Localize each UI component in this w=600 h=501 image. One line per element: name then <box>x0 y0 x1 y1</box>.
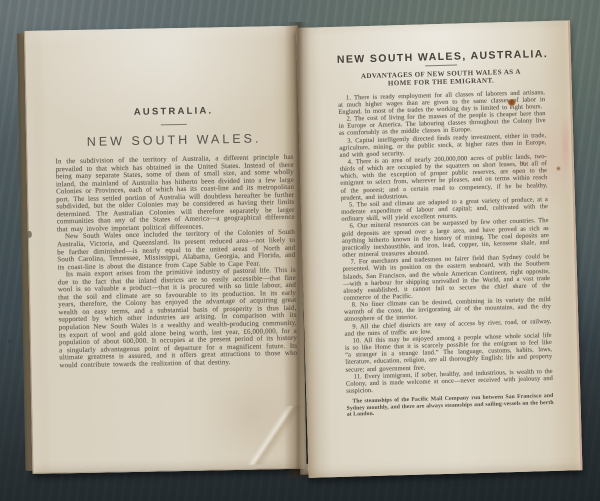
paragraph: In the subdivision of the territory of A… <box>55 154 294 234</box>
left-page-content: AUSTRALIA. NEW SOUTH WALES. In the subdi… <box>54 104 297 370</box>
book-gutter-shadow <box>284 22 310 478</box>
paragraph: New South Wales once included the territ… <box>57 229 296 271</box>
paragraph: Its main export arises from the primitiv… <box>58 267 298 370</box>
right-page-content: NEW SOUTH WALES, AUSTRALIA. ADVANTAGES O… <box>337 48 554 419</box>
divider-rule <box>161 124 187 125</box>
burn-stain <box>508 99 516 106</box>
right-page-body: 1. There is ready employment for all cla… <box>338 89 553 395</box>
page-edge-chip <box>27 231 32 238</box>
left-page-body: In the subdivision of the territory of A… <box>55 154 297 370</box>
numbered-item: 4. There is an area of nearly 200,000,00… <box>340 153 548 202</box>
numbered-item: 7. For merchants and tradesmen no fairer… <box>342 253 550 302</box>
left-page-title: AUSTRALIA. <box>54 104 292 120</box>
numbered-item: 6. Our mineral resources can be surpasse… <box>341 217 549 259</box>
numbered-item: 10. All this may be enjoyed among a peop… <box>345 332 553 374</box>
right-page-footnote: The steamships of the Pacific Mail Compa… <box>346 393 553 419</box>
right-page: NEW SOUTH WALES, AUSTRALIA. ADVANTAGES O… <box>296 20 582 477</box>
divider-rule <box>425 65 457 67</box>
right-page-subtitle: ADVANTAGES OF NEW SOUTH WALES AS A HOME … <box>351 67 530 89</box>
left-page: AUSTRALIA. NEW SOUTH WALES. In the subdi… <box>24 26 306 474</box>
left-page-heading: NEW SOUTH WALES. <box>55 131 293 150</box>
background-speck <box>8 340 11 343</box>
right-page-title: NEW SOUTH WALES, AUSTRALIA. <box>337 48 544 66</box>
foxing-spot <box>521 161 525 165</box>
pink-smudge <box>560 110 571 180</box>
book-spread-photo: AUSTRALIA. NEW SOUTH WALES. In the subdi… <box>0 0 600 501</box>
